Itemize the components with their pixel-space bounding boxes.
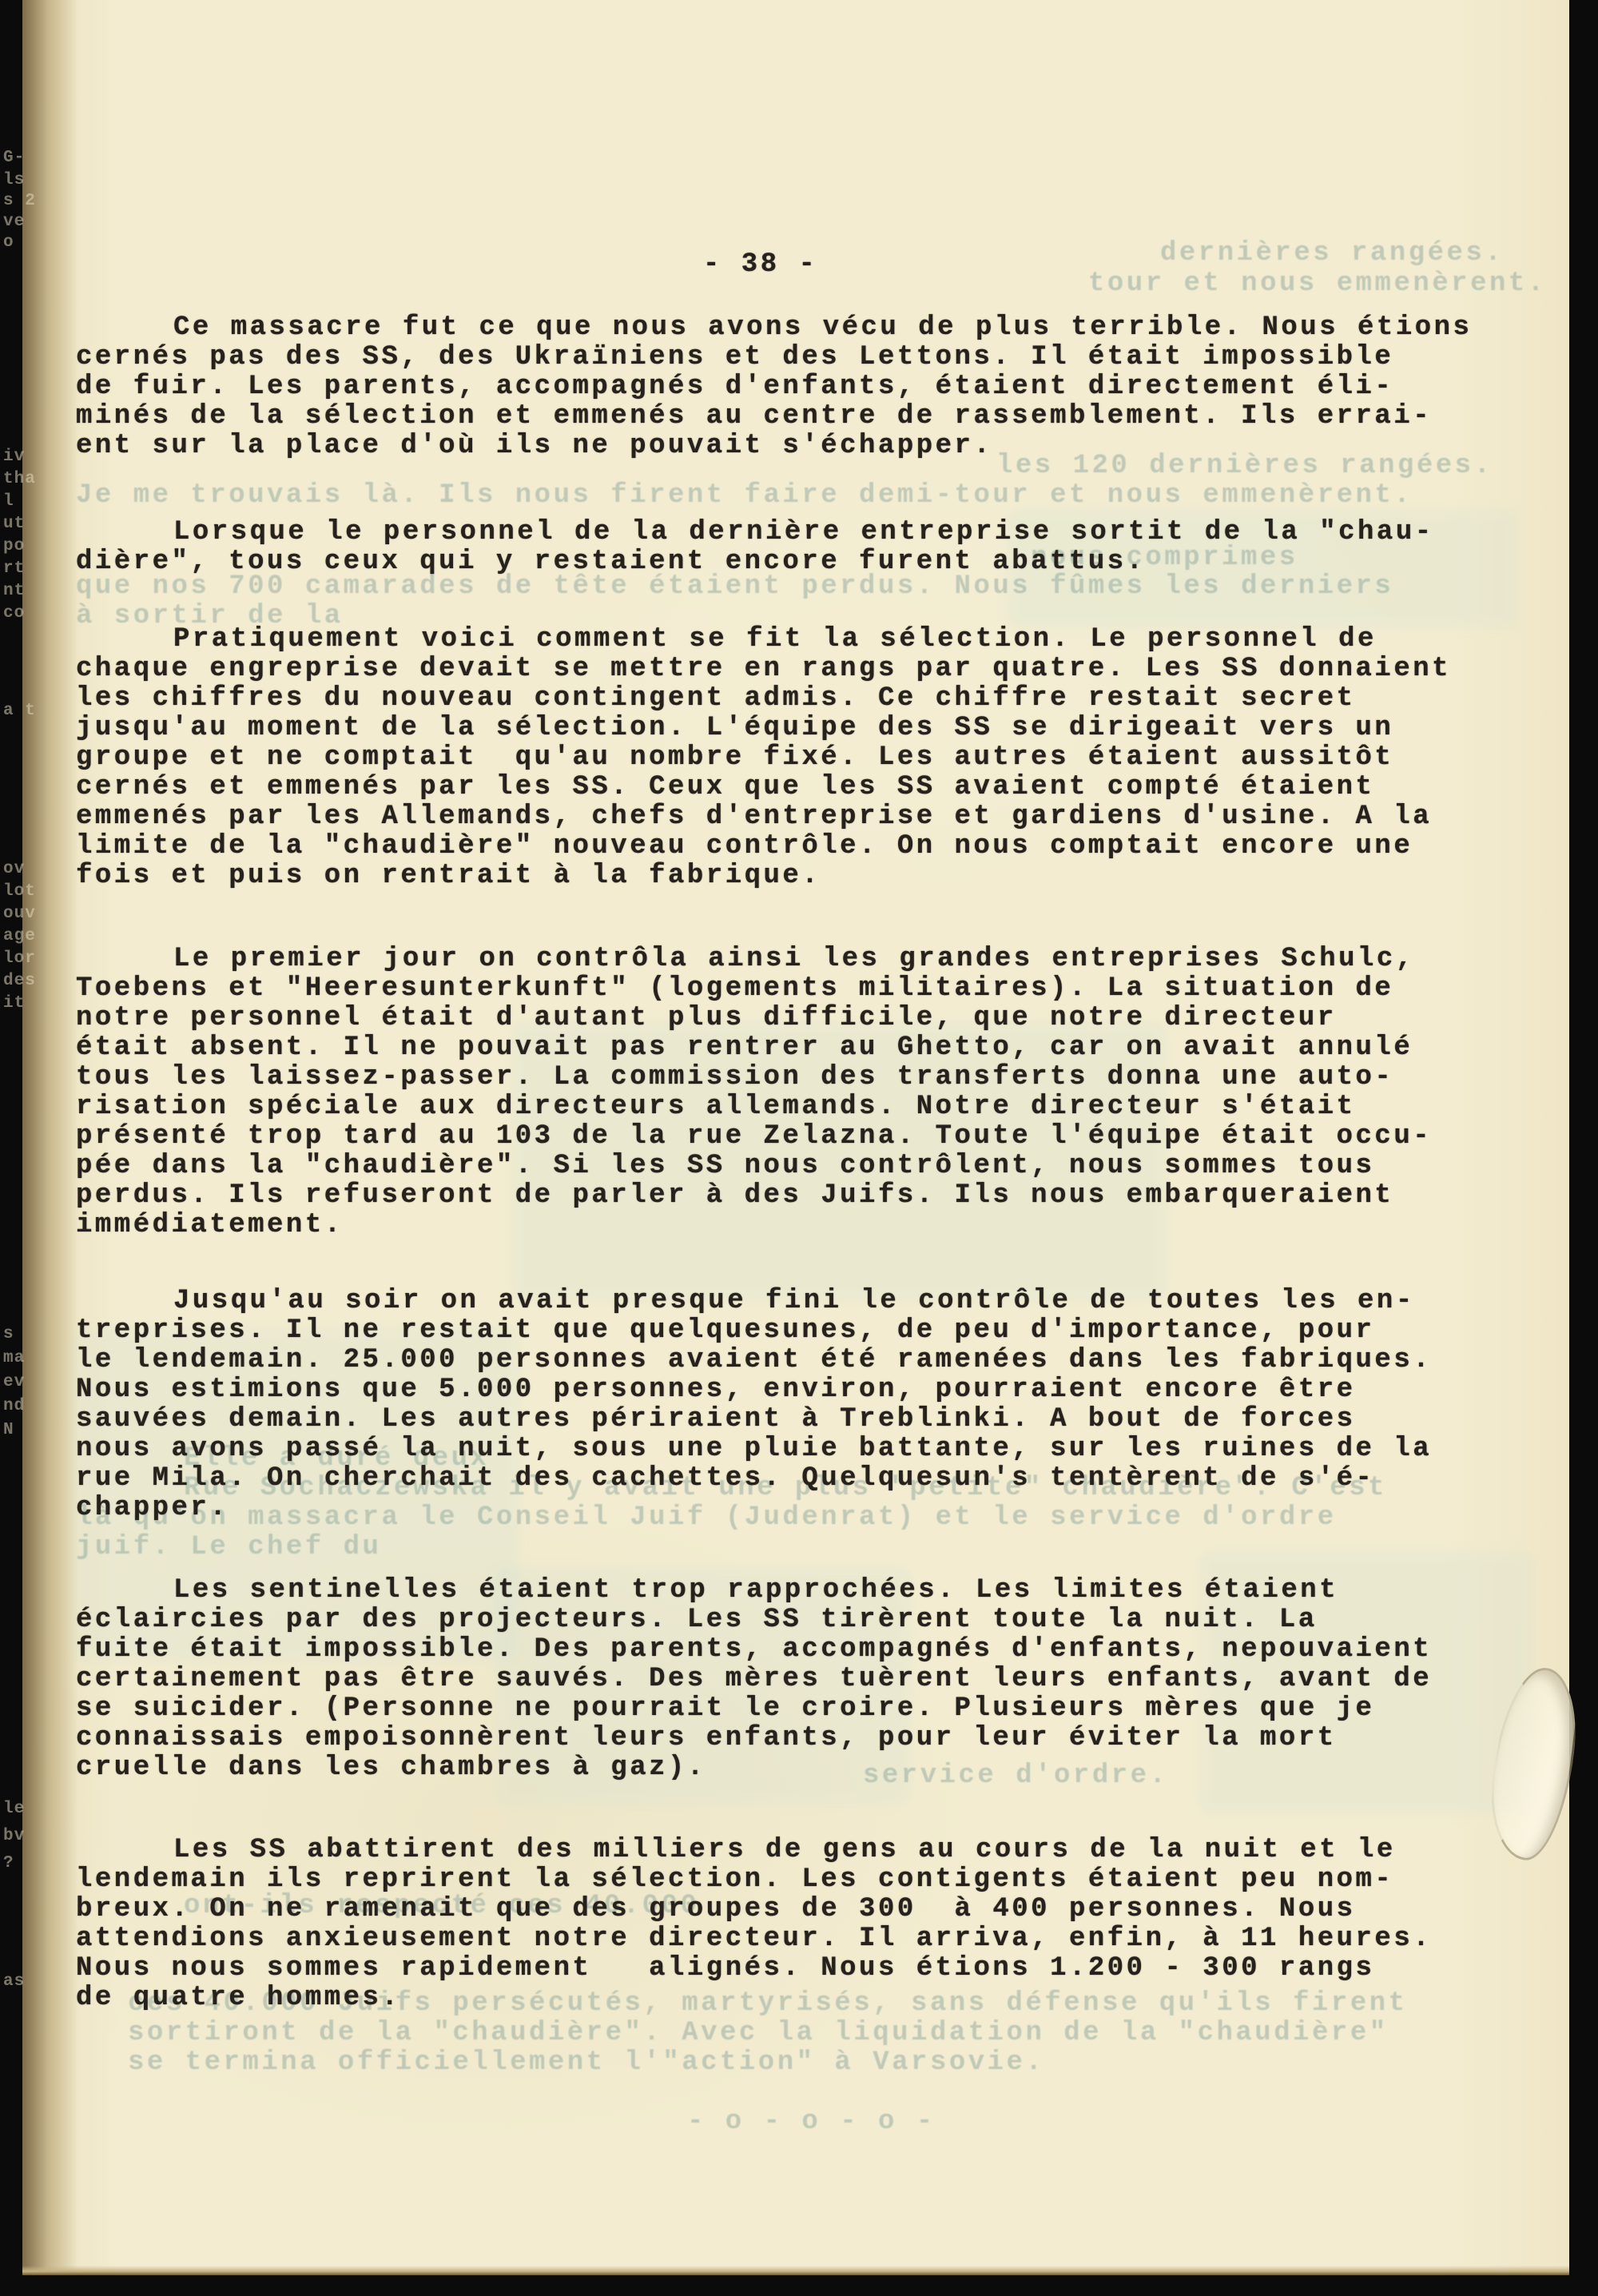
text-line: chapper.: [76, 1494, 1482, 1523]
text-line: jusqu'au moment de la sélection. L'équip…: [76, 714, 1482, 743]
facing-page-letters: co: [3, 604, 25, 623]
text-line: treprises. Il ne restait que quelquesune…: [76, 1316, 1482, 1346]
text-line: rue Mila. On cherchait des cachettes. Qu…: [76, 1464, 1482, 1494]
ghost-text: - o - o - o -: [687, 2107, 936, 2137]
text-line: était absent. Il ne pouvait pas rentrer …: [76, 1033, 1482, 1063]
facing-page-letters: le: [3, 1800, 25, 1818]
page-number: - 38 -: [703, 249, 817, 280]
facing-page-letters: a t: [3, 702, 36, 720]
facing-page-letters: it: [3, 994, 25, 1013]
text-line: immédiatement.: [76, 1211, 1482, 1240]
ghost-text: sortiront de la "chaudière". Avec la liq…: [128, 2018, 1389, 2048]
text-line: fuite était impossible. Des parents, acc…: [76, 1635, 1482, 1665]
text-line: se suicider. (Personne ne pourrait le cr…: [76, 1694, 1482, 1724]
text-line: breux. On ne ramenait que des groupes de…: [76, 1895, 1482, 1924]
text-line: minés de la sélection et emmenés au cent…: [76, 402, 1482, 432]
facing-page-letters: ls: [3, 171, 25, 189]
text-line: emmenés par les Allemands, chefs d'entre…: [76, 802, 1482, 832]
facing-page-letters: o: [3, 233, 14, 252]
text-line: certainement pas être sauvés. Des mères …: [76, 1665, 1482, 1694]
facing-page-letters: rt: [3, 559, 25, 578]
text-line: Jusqu'au soir on avait presque fini le c…: [76, 1287, 1482, 1316]
ghost-text: Je me trouvais là. Ils nous firent faire…: [76, 480, 1413, 511]
photo-background: dernières rangées.tour et nous emmenèren…: [0, 0, 1598, 2296]
paragraph: Ce massacre fut ce que nous avons vécu d…: [76, 313, 1482, 461]
text-line: chaque engreprise devait se mettre en ra…: [76, 655, 1482, 684]
text-line: Les sentinelles étaient trop rapprochées…: [76, 1576, 1482, 1606]
text-line: cernés et emmenés par les SS. Ceux que l…: [76, 773, 1482, 802]
facing-page-letters: iv: [3, 448, 25, 466]
facing-page-letters: N: [3, 1421, 14, 1439]
text-line: Ce massacre fut ce que nous avons vécu d…: [76, 313, 1482, 343]
facing-page-letters: ov: [3, 860, 25, 878]
facing-page-letters: l: [3, 492, 14, 511]
text-line: Le premier jour on contrôla ainsi les gr…: [76, 945, 1482, 974]
facing-page-letters: lor: [3, 949, 36, 968]
paragraph: Lorsque le personnel de la dernière entr…: [76, 518, 1482, 577]
text-line: sauvées demain. Les autres périraient à …: [76, 1405, 1482, 1435]
facing-page-letters: nt: [3, 582, 25, 600]
text-line: Pratiquement voici comment se fit la sél…: [76, 625, 1482, 655]
ghost-text: tour et nous emmenèrent.: [1088, 269, 1547, 299]
text-line: cernés pas des SS, des Ukraïniens et des…: [76, 343, 1482, 372]
facing-page-letters: ve: [3, 213, 25, 231]
text-line: Nous nous sommes rapidement alignés. Nou…: [76, 1954, 1482, 1984]
facing-page-letters: age: [3, 927, 36, 945]
page-fore-edge: [1523, 0, 1569, 2275]
text-line: Lorsque le personnel de la dernière entr…: [76, 518, 1482, 547]
page-bottom-edge: [22, 2266, 1569, 2275]
text-line: éclaircies par des projecteurs. Les SS t…: [76, 1606, 1482, 1635]
text-line: lendemain ils reprirent la sélection. Le…: [76, 1865, 1482, 1895]
text-line: notre personnel était d'autant plus diff…: [76, 1004, 1482, 1033]
text-line: Toebens et "Heeresunterkunft" (logements…: [76, 974, 1482, 1004]
document-page: dernières rangées.tour et nous emmenèren…: [22, 0, 1569, 2275]
facing-page-letters: des: [3, 972, 36, 990]
text-line: fois et puis on rentrait à la fabrique.: [76, 861, 1482, 891]
text-line: attendions anxieusement notre directeur.…: [76, 1924, 1482, 1954]
text-line: perdus. Ils refuseront de parler à des J…: [76, 1181, 1482, 1211]
text-line: dière", tous ceux qui y restaient encore…: [76, 547, 1482, 577]
text-line: pée dans la "chaudière". Si les SS nous …: [76, 1152, 1482, 1181]
facing-page-letters: ouv: [3, 905, 36, 923]
facing-page-letters: ma: [3, 1349, 25, 1367]
facing-page-letters: bv: [3, 1827, 25, 1845]
paragraph: Les SS abattirent des milliers de gens a…: [76, 1836, 1482, 2013]
text-line: nous avons passé la nuit, sous une pluie…: [76, 1435, 1482, 1464]
binding-edge: [22, 0, 78, 2275]
text-line: connaissais empoisonnèrent leurs enfants…: [76, 1724, 1482, 1753]
text-line: tous les laissez-passer. La commission d…: [76, 1063, 1482, 1092]
ghost-text: se termina officiellement l'"action" à V…: [128, 2047, 1044, 2078]
paragraph: Pratiquement voici comment se fit la sél…: [76, 625, 1482, 891]
text-line: limite de la "chaudière" nouveau contrôl…: [76, 832, 1482, 861]
facing-page-letters: po: [3, 537, 25, 555]
text-line: le lendemain. 25.000 personnes avaient é…: [76, 1346, 1482, 1375]
text-line: Les SS abattirent des milliers de gens a…: [76, 1836, 1482, 1865]
facing-page-letters: s 2: [3, 192, 36, 210]
ghost-text: dernières rangées.: [1160, 238, 1504, 269]
facing-page-letters: lot: [3, 882, 36, 901]
text-line: groupe et ne comptait qu'au nombre fixé.…: [76, 743, 1482, 773]
facing-page-letters: ?: [3, 1854, 14, 1872]
facing-page-letters: nd: [3, 1397, 25, 1415]
paragraph: Le premier jour on contrôla ainsi les gr…: [76, 945, 1482, 1240]
facing-page-letters: ut: [3, 515, 25, 533]
facing-page-letters: G-: [3, 149, 25, 167]
text-line: cruelle dans les chambres à gaz).: [76, 1753, 1482, 1783]
paragraph: Les sentinelles étaient trop rapprochées…: [76, 1576, 1482, 1783]
text-line: risation spéciale aux directeurs alleman…: [76, 1092, 1482, 1122]
paragraph: Jusqu'au soir on avait presque fini le c…: [76, 1287, 1482, 1523]
text-line: de fuir. Les parents, accompagnés d'enfa…: [76, 372, 1482, 402]
facing-page-letters: as: [3, 1972, 25, 1991]
facing-page-letters: s: [3, 1325, 14, 1343]
text-line: les chiffres du nouveau contingent admis…: [76, 684, 1482, 714]
text-line: ent sur la place d'où ils ne pouvait s'é…: [76, 432, 1482, 461]
text-line: Nous estimions que 5.000 personnes, envi…: [76, 1375, 1482, 1405]
text-line: de quatre hommes.: [76, 1984, 1482, 2013]
text-line: présenté trop tard au 103 de la rue Zela…: [76, 1122, 1482, 1152]
facing-page-letters: ev: [3, 1373, 25, 1391]
ghost-text: juif. Le chef du: [76, 1532, 381, 1562]
facing-page-letters: tha: [3, 470, 36, 488]
